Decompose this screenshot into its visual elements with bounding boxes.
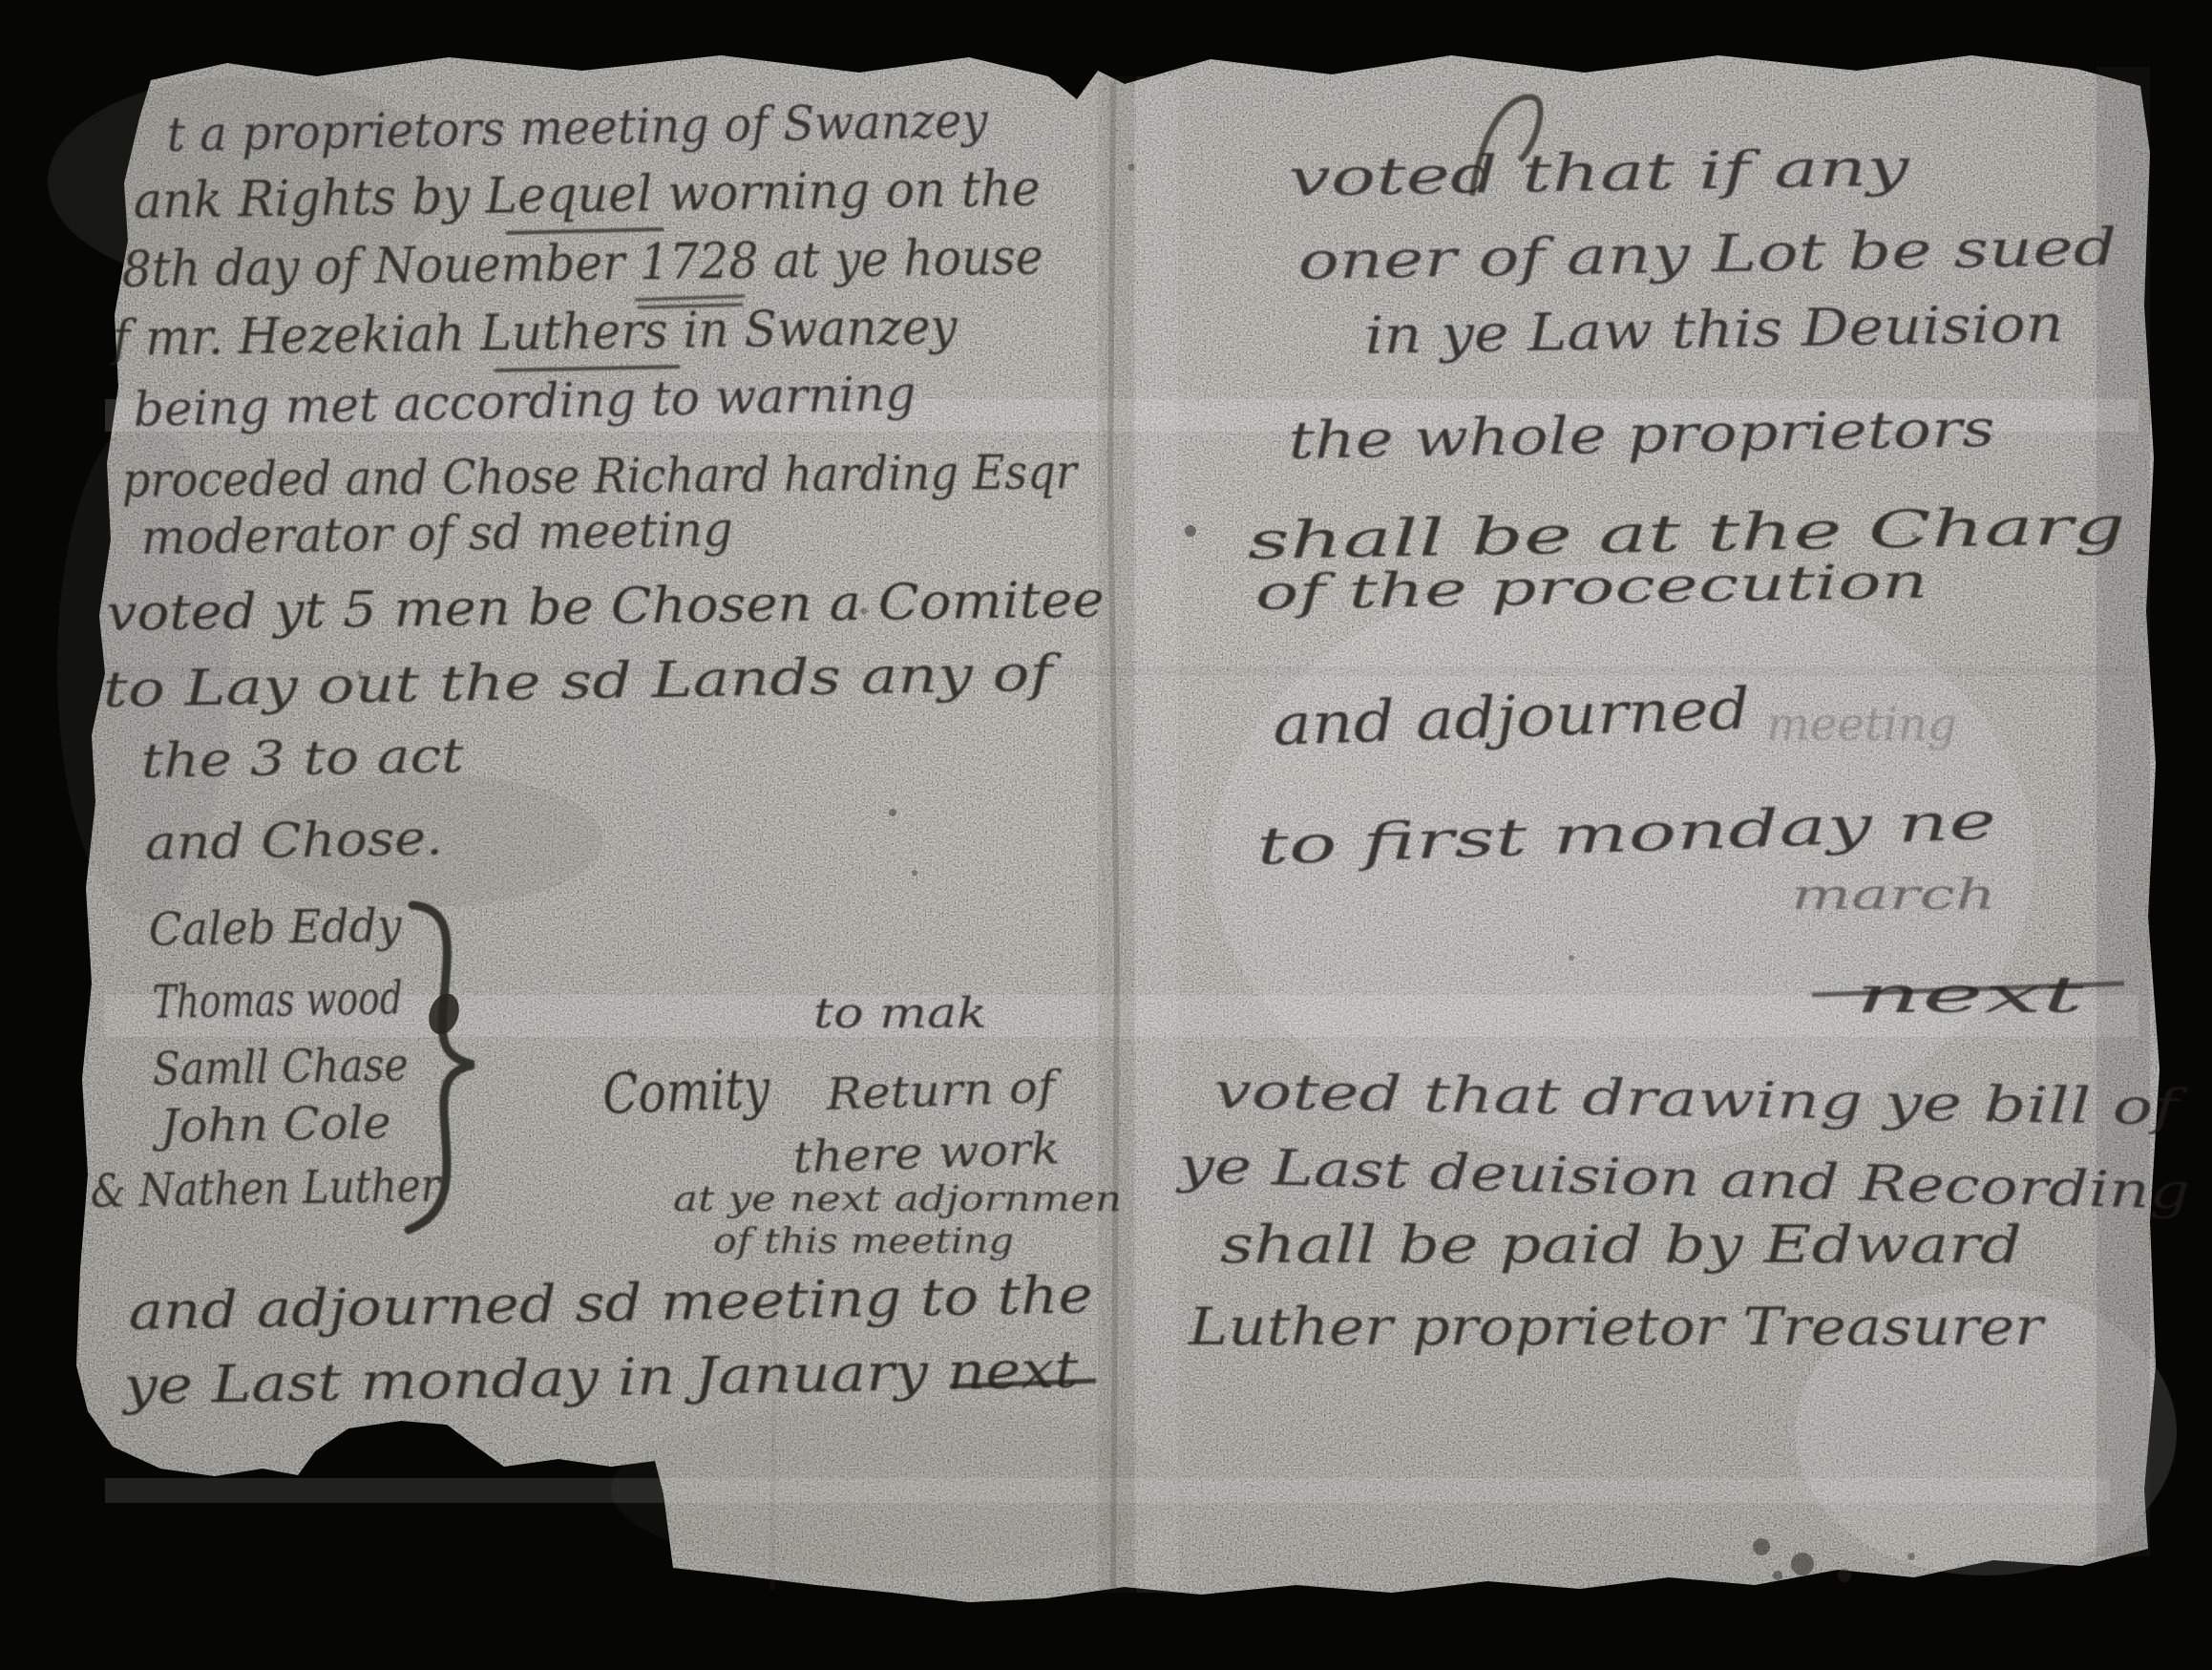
right-page-line: of the procecution [1254, 554, 1928, 621]
handwritten-line: proceded and Chose Richard harding Esqr [122, 444, 1080, 508]
ink-speck [1185, 525, 1196, 537]
committee-label: Comity [601, 1056, 771, 1127]
right-page-line: Luther proprietor Treasurer [1188, 1297, 2047, 1357]
committee-note: to mak [813, 989, 987, 1038]
committee-name: John Cole [151, 1096, 391, 1153]
right-page-line: in ye Law this Deuision [1364, 293, 2064, 366]
ink-speck [1128, 164, 1135, 171]
right-page-line: the whole proprietors [1288, 398, 1995, 471]
smudge-spot [1838, 1569, 1851, 1582]
committee-name: Thomas wood [152, 971, 403, 1029]
manuscript-photo: t a proprietors meeting of Swanzey ank R… [0, 0, 2212, 1670]
ink-speck [912, 870, 917, 876]
committee-note: at ye next adjornmen [673, 1180, 1122, 1219]
committee-name: Samll Chase [152, 1038, 409, 1096]
right-page-line: voted that if any [1288, 137, 1911, 208]
fold-highlight [1136, 76, 1178, 1593]
document-scan: t a proprietors meeting of Swanzey ank R… [0, 0, 2212, 1670]
handwritten-line: and Chose. [144, 811, 443, 871]
right-page-line-faint: meeting [1766, 698, 1957, 751]
ink-speck [889, 809, 896, 816]
right-page-line: next [1855, 967, 2084, 1025]
right-page-line-faint: march [1791, 871, 1996, 920]
committee-name: & Nathen Luther [90, 1159, 443, 1218]
committee-note: there work [791, 1122, 1061, 1183]
right-edge-vignette [2096, 67, 2150, 1556]
smudge-spot [1907, 1553, 1915, 1560]
smudge-spot [1773, 1571, 1782, 1580]
smudge-spot [1791, 1553, 1814, 1575]
handwritten-line: the 3 to act [140, 728, 465, 789]
committee-name: Caleb Eddy [148, 898, 403, 957]
handwritten-line: f mr. Hezekiah Luthers in Swanzey [108, 299, 958, 368]
smudge-spot [1753, 1538, 1770, 1555]
handwritten-line: moderator of sd meeting [140, 501, 733, 565]
committee-note: Return of [824, 1060, 1063, 1120]
right-page-line: shall be paid by Edward [1220, 1215, 2022, 1275]
committee-note: of this meeting [713, 1222, 1014, 1261]
ink-speck [1569, 955, 1574, 961]
